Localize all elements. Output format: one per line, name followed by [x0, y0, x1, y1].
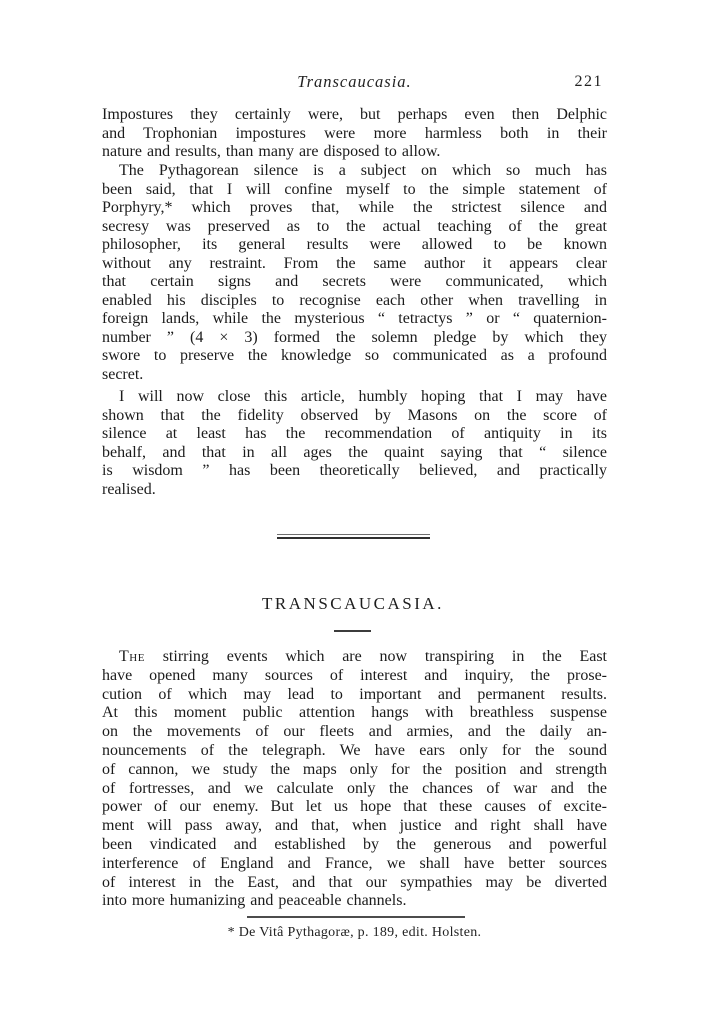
text-line: of interest in the East, and that our sy… [102, 874, 607, 893]
text-line: number ” (4 × 3) formed the solemn pledg… [102, 329, 607, 348]
text-line: cution of which may lead to important an… [102, 686, 607, 705]
section-heading: TRANSCAUCASIA. [0, 594, 706, 614]
heading-rule [334, 630, 371, 632]
page-header: Transcaucasia. 221 [102, 72, 607, 92]
text-line: realised. [102, 481, 607, 500]
paragraph-impostures: Impostures they certainly were, but perh… [102, 106, 607, 162]
text-line: and Trophonian impostures were more harm… [102, 125, 607, 144]
text-line: without any restraint. From the same aut… [102, 255, 607, 274]
text-line: been said, that I will confine myself to… [102, 181, 607, 200]
text-line: At this moment public attention hangs wi… [102, 704, 607, 723]
text-line: into more humanizing and peaceable chann… [102, 892, 607, 911]
footnote-rule [247, 916, 465, 918]
paragraph-pythagorean-silence: The Pythagorean silence is a subject on … [102, 162, 607, 384]
text-line: ment will pass away, and that, when just… [102, 817, 607, 836]
text-line: Impostures they certainly were, but perh… [102, 106, 607, 125]
text-line: secresy was preserved as to the actual t… [102, 218, 607, 237]
text-line: enabled his disciples to recognise each … [102, 292, 607, 311]
paragraph-transcaucasia-intro: The stirring events which are now transp… [102, 648, 607, 911]
lead-word-small-caps: The [119, 648, 145, 665]
text-line: on the movements of our fleets and armie… [102, 723, 607, 742]
book-page: Transcaucasia. 221 Impostures they certa… [0, 0, 706, 1025]
text-line: foreign lands, while the mysterious “ te… [102, 310, 607, 329]
text-line: that certain signs and secrets were comm… [102, 273, 607, 292]
text-line: shown that the fidelity observed by Maso… [102, 407, 607, 426]
text-line: Porphyry,* which proves that, while the … [102, 199, 607, 218]
text-line: secret. [102, 366, 607, 385]
text-line: I will now close this article, humbly ho… [102, 388, 607, 407]
text-line: have opened many sources of interest and… [102, 667, 607, 686]
text-line: silence at least has the recommendation … [102, 425, 607, 444]
double-rule-divider [277, 534, 430, 539]
text-line: power of our enemy. But let us hope that… [102, 798, 607, 817]
text-line: of cannon, we study the maps only for th… [102, 761, 607, 780]
text-line: of fortresses, and we calculate only the… [102, 780, 607, 799]
running-title: Transcaucasia. [102, 72, 607, 92]
text-line: been vindicated and established by the g… [102, 836, 607, 855]
text-line: nouncements of the telegraph. We have ea… [102, 742, 607, 761]
text-line: swore to preserve the knowledge so commu… [102, 347, 607, 366]
text-line: philosopher, its general results were al… [102, 236, 607, 255]
paragraph-closing: I will now close this article, humbly ho… [102, 388, 607, 499]
text-span: stirring events which are now transpirin… [145, 648, 607, 665]
text-line: The stirring events which are now transp… [102, 648, 607, 667]
text-line: is wisdom ” has been theoretically belie… [102, 462, 607, 481]
page-number: 221 [575, 73, 604, 91]
text-line: behalf, and that in all ages the quaint … [102, 444, 607, 463]
text-line: nature and results, than many are dispos… [102, 143, 607, 162]
footnote: * De Vitâ Pythagoræ, p. 189, edit. Holst… [102, 925, 607, 941]
text-line: The Pythagorean silence is a subject on … [102, 162, 607, 181]
text-line: interference of England and France, we s… [102, 855, 607, 874]
